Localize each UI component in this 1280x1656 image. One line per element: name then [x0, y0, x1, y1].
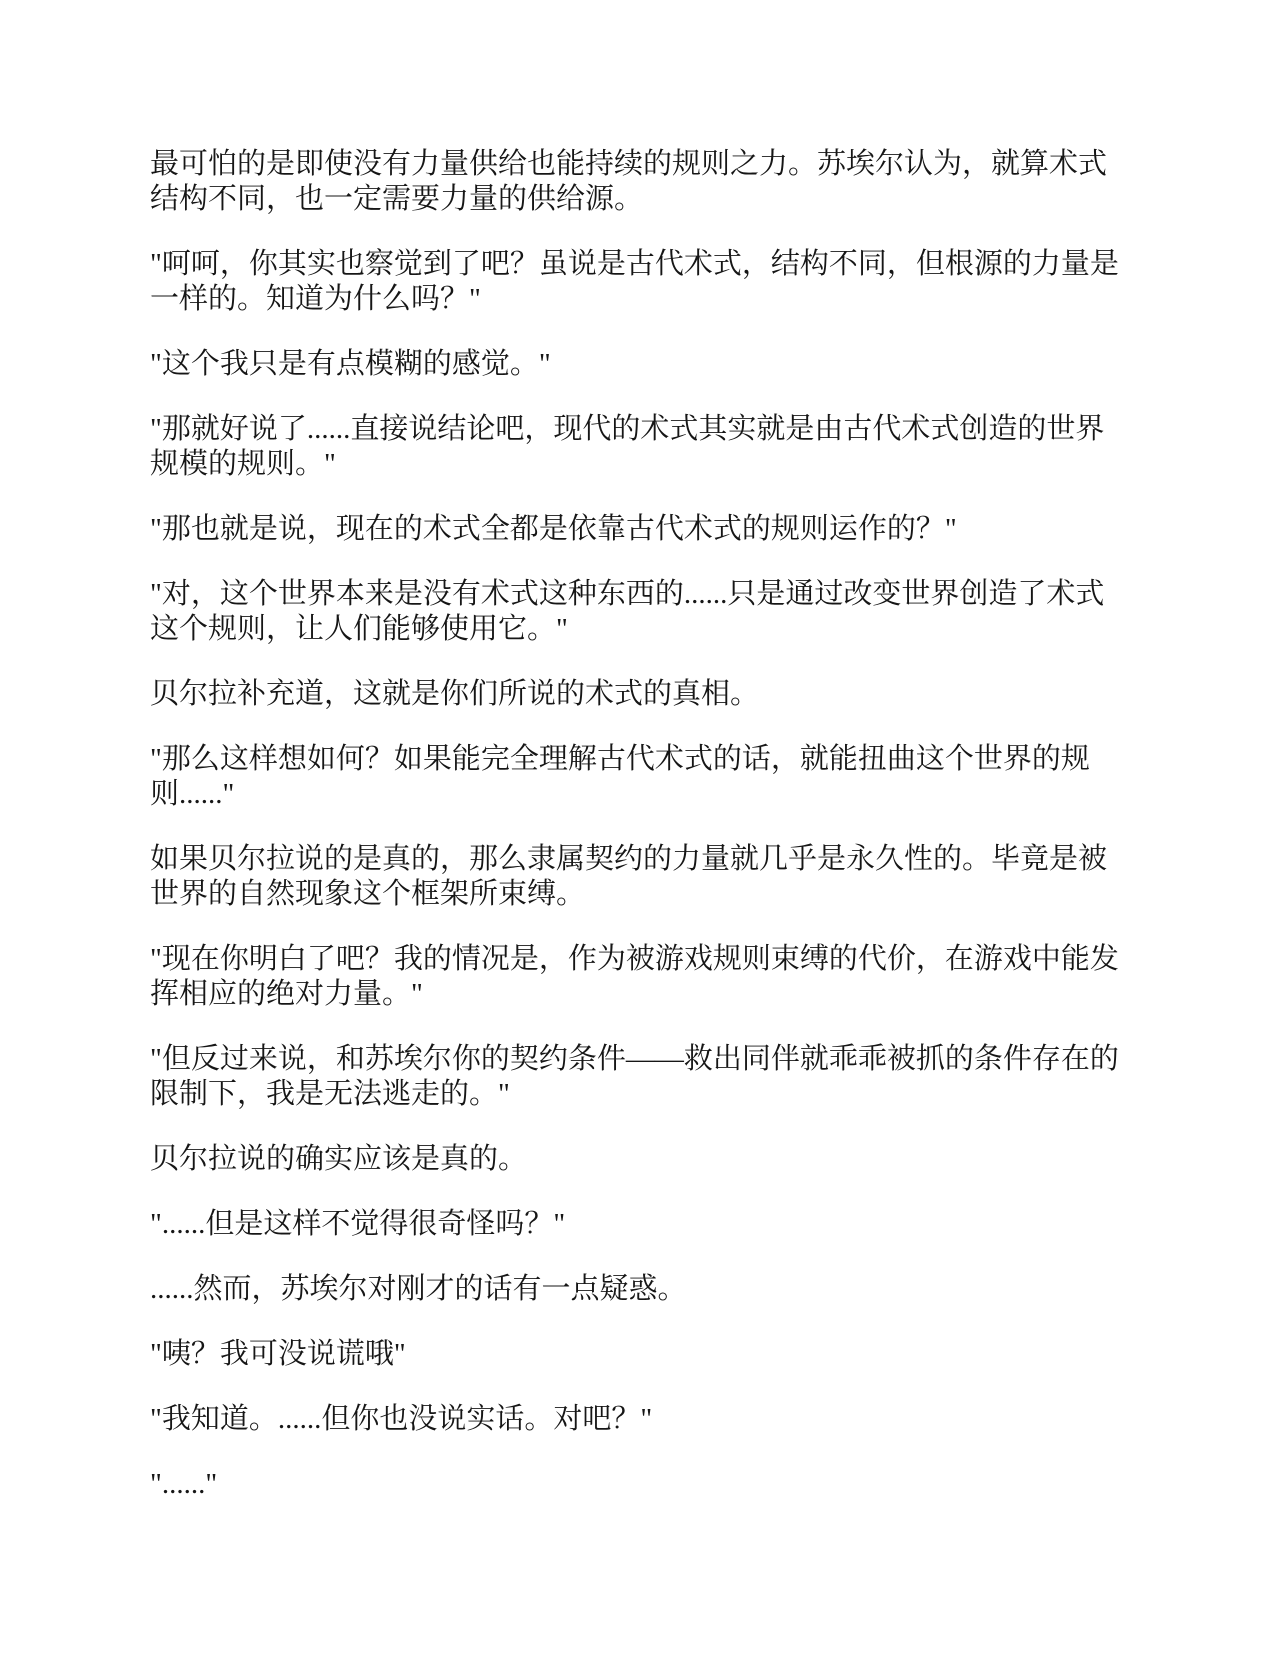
text-paragraph: 最可怕的是即使没有力量供给也能持续的规则之力。苏埃尔认为，就算术式结构不同，也一… — [150, 147, 1122, 217]
text-paragraph: "......但是这样不觉得很奇怪吗？" — [150, 1207, 1122, 1242]
text-paragraph: 贝尔拉补充道，这就是你们所说的术式的真相。 — [150, 677, 1122, 712]
text-paragraph: "现在你明白了吧？我的情况是，作为被游戏规则束缚的代价，在游戏中能发挥相应的绝对… — [150, 942, 1122, 1012]
text-paragraph: "但反过来说，和苏埃尔你的契约条件——救出同伴就乖乖被抓的条件存在的限制下，我是… — [150, 1042, 1122, 1112]
text-paragraph: ......然而，苏埃尔对刚才的话有一点疑惑。 — [150, 1272, 1122, 1307]
text-paragraph: "那就好说了......直接说结论吧，现代的术式其实就是由古代术式创造的世界规模… — [150, 412, 1122, 482]
text-paragraph: "呵呵，你其实也察觉到了吧？虽说是古代术式，结构不同，但根源的力量是一样的。知道… — [150, 247, 1122, 317]
document-page: 最可怕的是即使没有力量供给也能持续的规则之力。苏埃尔认为，就算术式结构不同，也一… — [0, 0, 1280, 1656]
text-paragraph: "那么这样想如何？如果能完全理解古代术式的话，就能扭曲这个世界的规则......… — [150, 742, 1122, 812]
text-paragraph: "对，这个世界本来是没有术式这种东西的......只是通过改变世界创造了术式这个… — [150, 577, 1122, 647]
text-paragraph: "咦？我可没说谎哦" — [150, 1337, 1122, 1372]
text-paragraph: "我知道。......但你也没说实话。对吧？" — [150, 1402, 1122, 1437]
text-paragraph: "这个我只是有点模糊的感觉。" — [150, 347, 1122, 382]
text-content: 最可怕的是即使没有力量供给也能持续的规则之力。苏埃尔认为，就算术式结构不同，也一… — [150, 147, 1122, 1502]
text-paragraph: 如果贝尔拉说的是真的，那么隶属契约的力量就几乎是永久性的。毕竟是被世界的自然现象… — [150, 842, 1122, 912]
text-paragraph: "那也就是说，现在的术式全都是依靠古代术式的规则运作的？" — [150, 512, 1122, 547]
text-paragraph: "......" — [150, 1467, 1122, 1502]
text-paragraph: 贝尔拉说的确实应该是真的。 — [150, 1142, 1122, 1177]
